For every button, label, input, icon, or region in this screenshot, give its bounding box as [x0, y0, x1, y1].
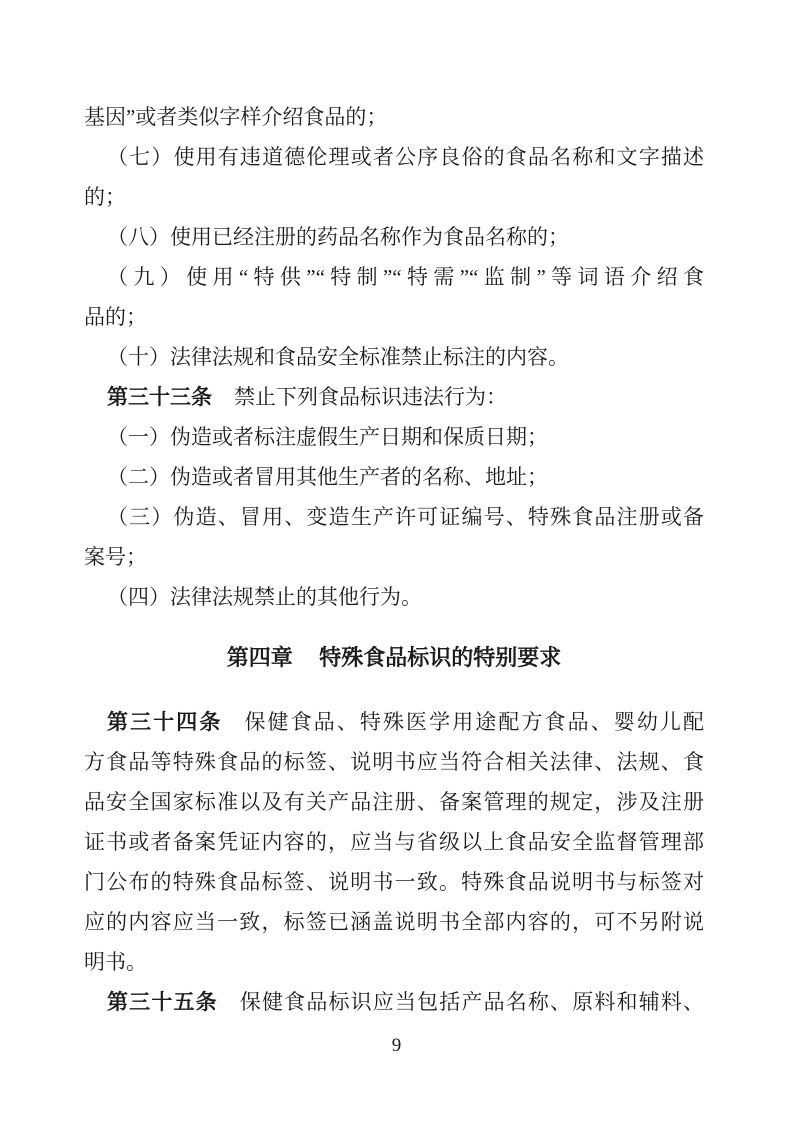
article-body-text: 保健食品、特殊医学用途配方食品、婴幼儿配 [244, 710, 704, 734]
chapter-number: 第四章 [227, 645, 293, 670]
article-number: 第三十三条 [107, 386, 212, 409]
text-line: 门公布的特殊食品标签、说明书一致。特殊食品说明书与标签对 [84, 862, 704, 902]
text-line: 品安全国家标准以及有关产品注册、备案管理的规定，涉及注册 [84, 782, 704, 822]
text-line: 证书或者备案凭证内容的，应当与省级以上食品安全监督管理部 [84, 822, 704, 862]
text-line: 明书。 [84, 942, 704, 982]
text-line: 应的内容应当一致，标签已涵盖说明书全部内容的，可不另附说 [84, 902, 704, 942]
article-body-text: 禁止下列食品标识违法行为： [234, 385, 507, 409]
chapter-heading: 第四章特殊食品标识的特别要求 [84, 638, 704, 678]
text-line: （十）法律法规和食品安全标准禁止标注的内容。 [84, 337, 704, 377]
article-line: 第三十四条保健食品、特殊医学用途配方食品、婴幼儿配 [84, 702, 704, 742]
text-line: （一）伪造或者标注虚假生产日期和保质日期； [84, 417, 704, 457]
article-body-text: 保健食品标识应当包括产品名称、原料和辅料、 [240, 990, 704, 1014]
text-line: （二）伪造或者冒用其他生产者的名称、地址； [84, 457, 704, 497]
page-number: 9 [0, 1026, 793, 1066]
text-line: 的； [84, 177, 704, 217]
text-column: 基因”或者类似字样介绍食品的；（七）使用有违道德伦理或者公序良俗的食品名称和文字… [84, 97, 704, 1022]
text-line: 案号； [84, 537, 704, 577]
text-line: 基因”或者类似字样介绍食品的； [84, 97, 704, 137]
text-line: （三）伪造、冒用、变造生产许可证编号、特殊食品注册或备 [84, 497, 704, 537]
document-page: 基因”或者类似字样介绍食品的；（七）使用有违道德伦理或者公序良俗的食品名称和文字… [0, 0, 793, 1122]
chapter-title: 特殊食品标识的特别要求 [319, 645, 561, 670]
article-line: 第三十五条保健食品标识应当包括产品名称、原料和辅料、 [84, 982, 704, 1022]
article-number: 第三十五条 [107, 991, 218, 1014]
article-line: 第三十三条禁止下列食品标识违法行为： [84, 377, 704, 417]
text-line: （九）使用“特供”“特制”“特需”“监制”等词语介绍食 [84, 257, 704, 297]
text-line: （八）使用已经注册的药品名称作为食品名称的； [84, 217, 704, 257]
text-line: 品的； [84, 297, 704, 337]
text-line: （四）法律法规禁止的其他行为。 [84, 577, 704, 617]
article-number: 第三十四条 [107, 711, 222, 734]
text-line: （七）使用有违道德伦理或者公序良俗的食品名称和文字描述 [84, 137, 704, 177]
text-line: 方食品等特殊食品的标签、说明书应当符合相关法律、法规、食 [84, 742, 704, 782]
